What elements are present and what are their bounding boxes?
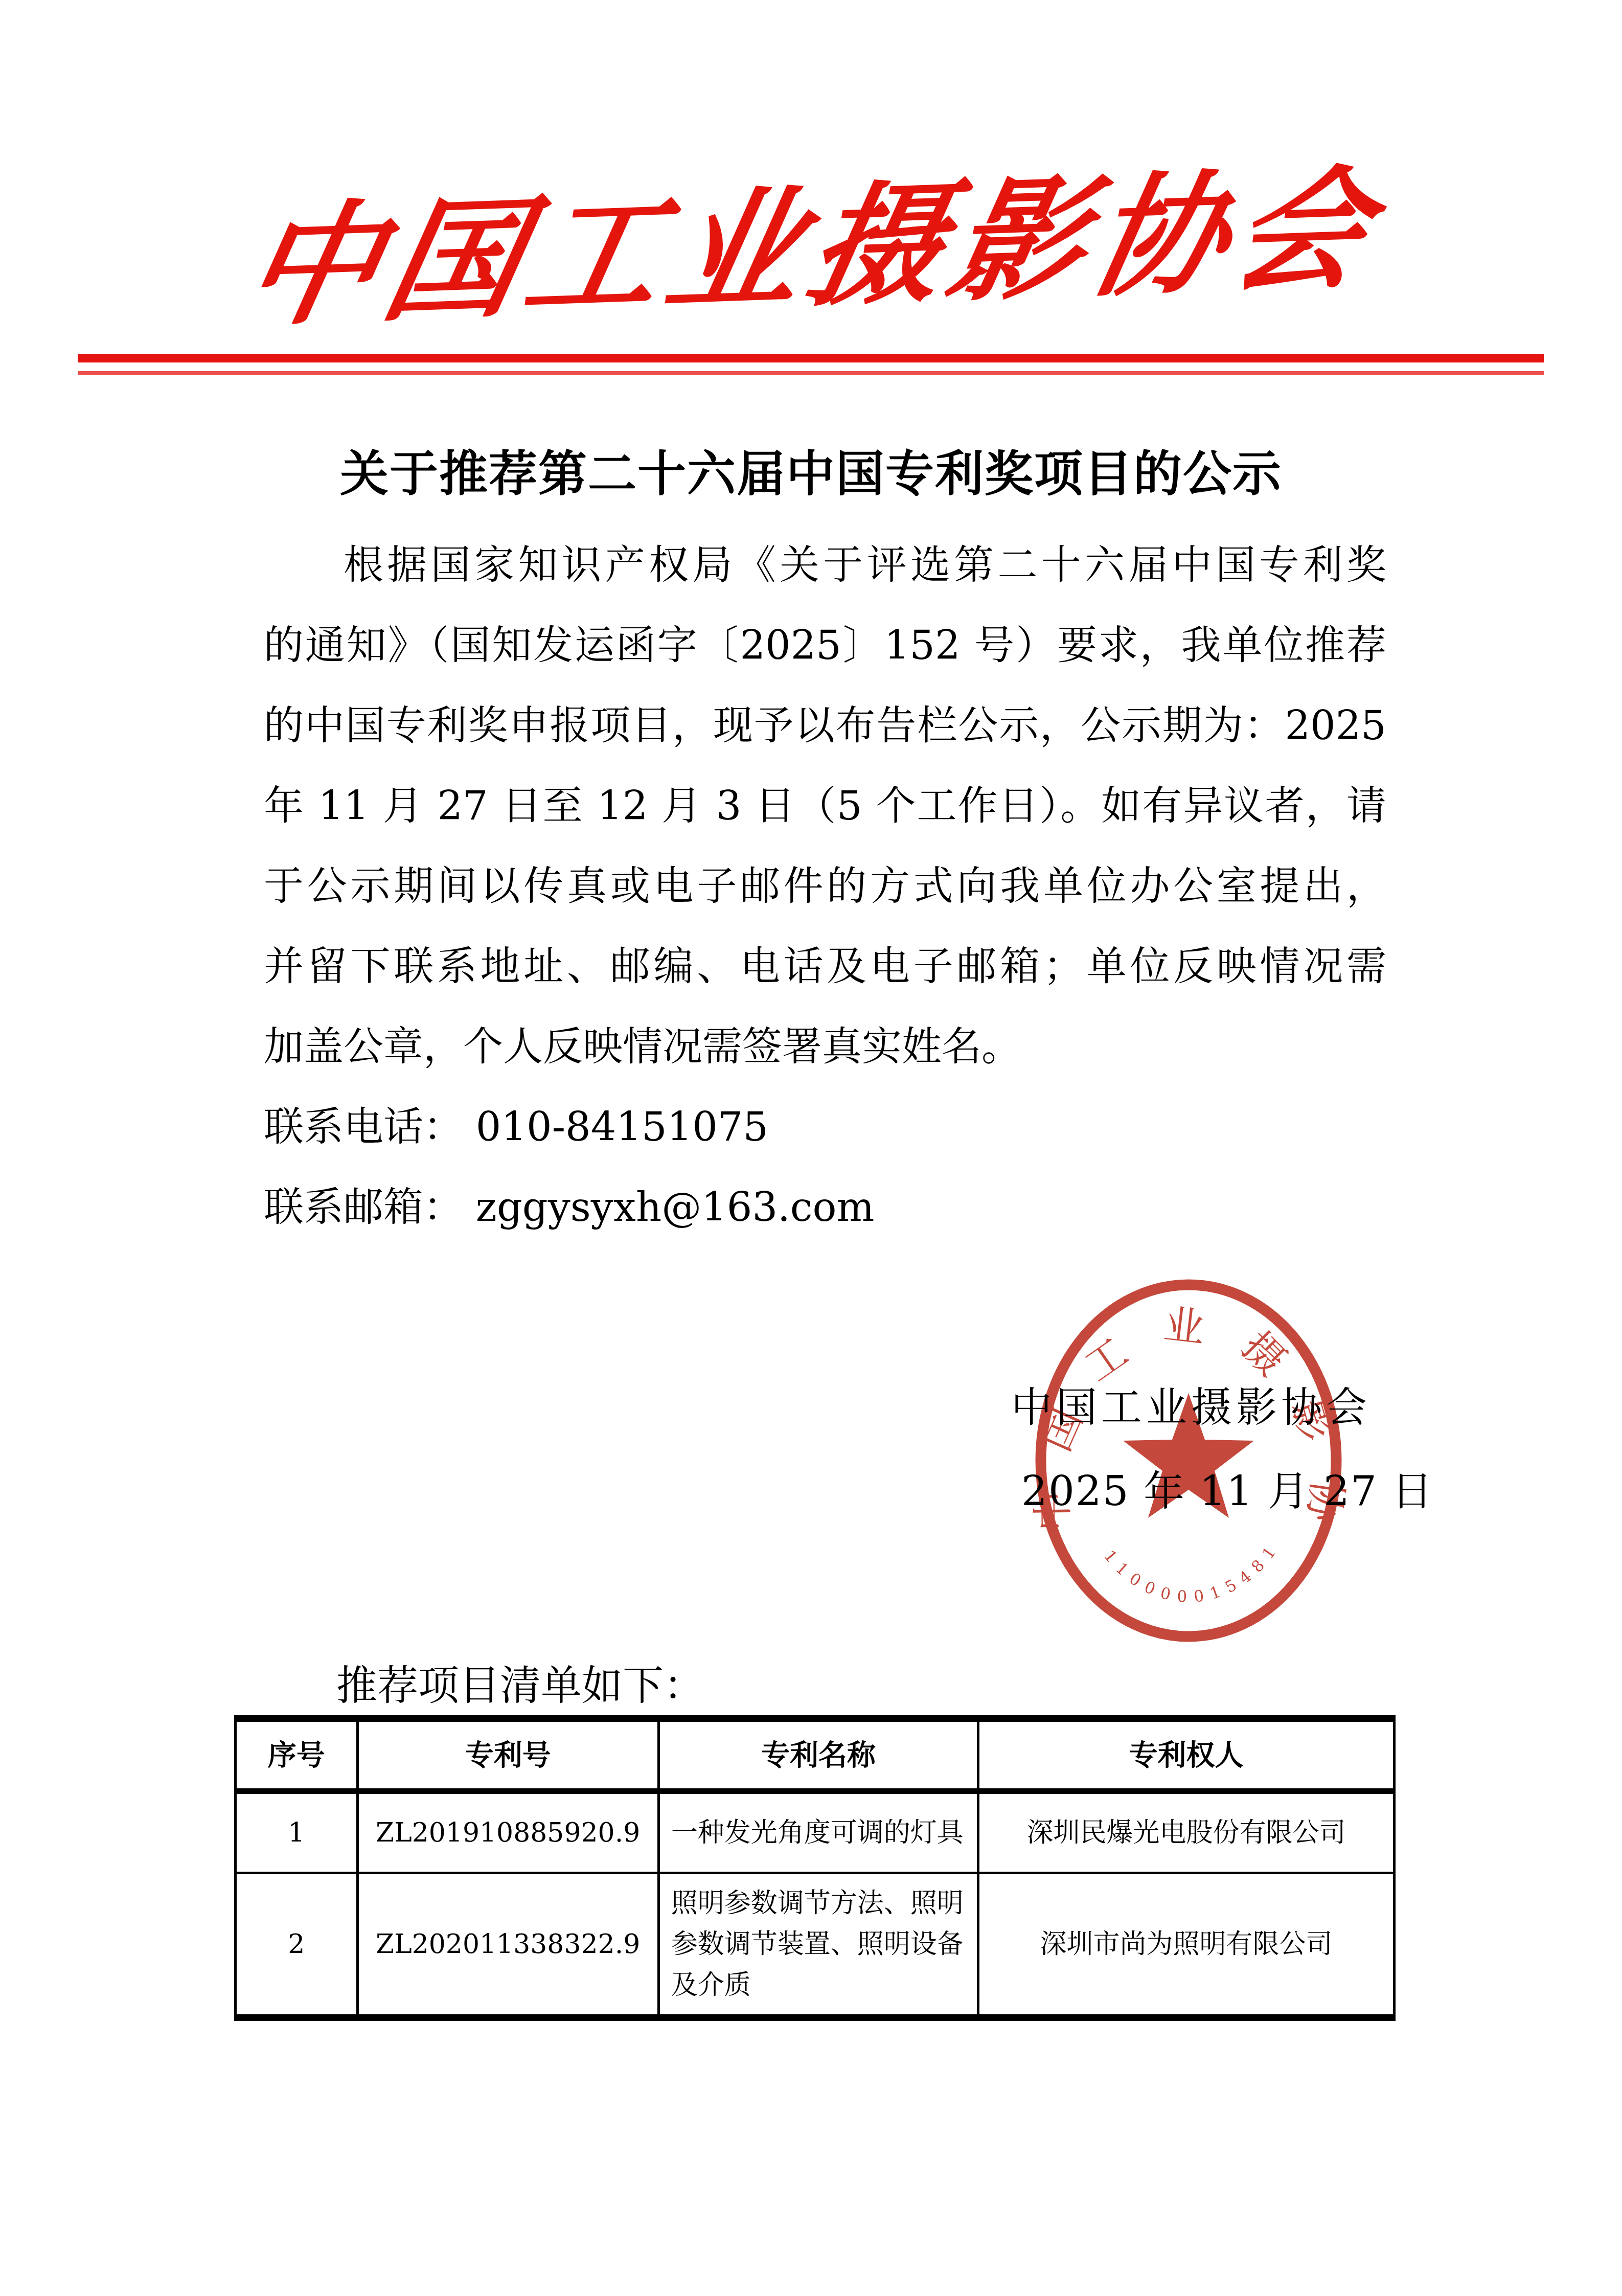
col-header-patent-name: 专利名称 — [658, 1719, 978, 1791]
patent-table: 序号 专利号 专利名称 专利权人 1 ZL201910885920.9 一种发光… — [234, 1715, 1396, 2021]
signature-org: 中国工业摄影协会 — [1011, 1374, 1371, 1433]
body-line: 年 11 月 27 日至 12 月 3 日（5 个工作日）。如有异议者，请 — [264, 766, 1386, 847]
contact-email-line: 联系邮箱： zggysyxh@163.com — [264, 1168, 1386, 1248]
col-header-index: 序号 — [236, 1719, 358, 1791]
col-header-patent-no: 专利号 — [357, 1719, 658, 1791]
body-paragraph: 根据国家知识产权局《关于评选第二十六届中国专利奖 的通知》（国知发运函字〔202… — [264, 526, 1386, 1248]
col-header-patentee: 专利权人 — [978, 1719, 1395, 1791]
contact-phone-line: 联系电话： 010-84151075 — [264, 1087, 1386, 1168]
table-row: 1 ZL201910885920.9 一种发光角度可调的灯具 深圳民爆光电股份有… — [236, 1791, 1395, 1873]
cell-index: 1 — [236, 1791, 358, 1873]
red-rule-thin — [78, 371, 1544, 375]
body-line: 并留下联系地址、邮编、电话及电子邮箱；单位反映情况需 — [264, 927, 1386, 1007]
body-line: 加盖公章，个人反映情况需签署真实姓名。 — [264, 1007, 1386, 1087]
body-line: 的中国专利奖申报项目，现予以布告栏公示，公示期为：2025 — [264, 686, 1386, 766]
body-line: 于公示期间以传真或电子邮件的方式向我单位办公室提出， — [264, 847, 1386, 927]
red-rule-thick — [78, 354, 1544, 362]
cell-patentee: 深圳民爆光电股份有限公司 — [978, 1791, 1395, 1873]
cell-patent-name: 一种发光角度可调的灯具 — [658, 1791, 978, 1873]
table-header-row: 序号 专利号 专利名称 专利权人 — [236, 1719, 1395, 1791]
cell-index: 2 — [236, 1873, 358, 2018]
association-logo-text: 中国工业摄影协会 — [231, 149, 1391, 347]
signature-date: 2025 年 11 月 27 日 — [1021, 1458, 1433, 1517]
table-row: 2 ZL202011338322.9 照明参数调节方法、照明参数调节装置、照明设… — [236, 1873, 1395, 2018]
cell-patent-no: ZL201910885920.9 — [357, 1791, 658, 1873]
cell-patentee: 深圳市尚为照明有限公司 — [978, 1873, 1395, 2018]
body-line: 的通知》（国知发运函字〔2025〕152 号）要求，我单位推荐 — [264, 606, 1386, 686]
association-logo: 中国工业摄影协会 — [0, 169, 1622, 327]
document-page: 中国工业摄影协会 关于推荐第二十六届中国专利奖项目的公示 根据国家知识产权局《关… — [0, 0, 1622, 2296]
list-heading: 推荐项目清单如下： — [336, 1652, 704, 1711]
cell-patent-name: 照明参数调节方法、照明参数调节装置、照明设备及介质 — [658, 1873, 978, 2018]
body-line: 根据国家知识产权局《关于评选第二十六届中国专利奖 — [264, 526, 1386, 606]
page-title: 关于推荐第二十六届中国专利奖项目的公示 — [0, 436, 1622, 505]
cell-patent-no: ZL202011338322.9 — [357, 1873, 658, 2018]
